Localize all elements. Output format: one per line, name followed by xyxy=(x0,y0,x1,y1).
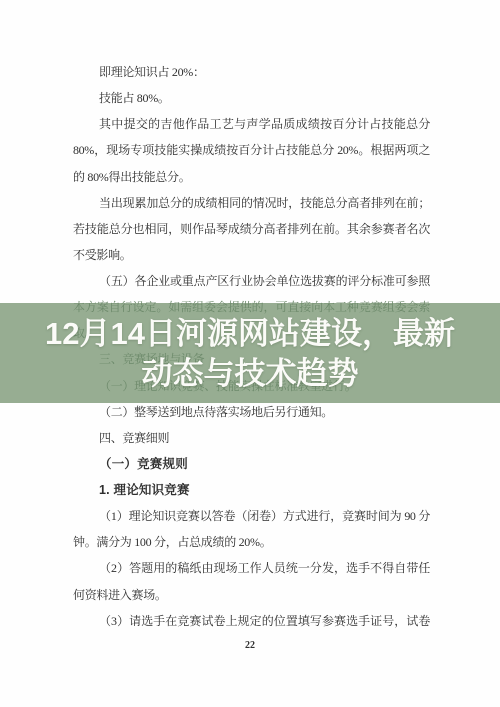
text-line: 80%，现场专项技能实操成绩按百分计占技能总分 20%。根据两项之和 xyxy=(73,137,430,163)
text-line: 技能占 80%。 xyxy=(73,85,430,111)
banner-title-line1: 12月14日河源网站建设，最新 xyxy=(0,314,500,354)
text-line: 当出现累加总分的成绩相同的情况时，技能总分高者排列在前； xyxy=(73,190,430,216)
text-line: （一）竞赛规则 xyxy=(73,451,430,477)
document-page: 即理论知识占 20%：技能占 80%。其中提交的吉他作品工艺与声学品质成绩按百分… xyxy=(0,0,500,707)
text-line: 何资料进入赛场。 xyxy=(73,582,430,608)
text-line: 若技能总分也相同，则作品琴成绩分高者排列在前。其余参赛者名次 xyxy=(73,216,430,242)
text-line: 四、竞赛细则 xyxy=(73,425,430,451)
text-line: 的 80%得出技能总分。 xyxy=(73,164,430,190)
text-line: 不受影响。 xyxy=(73,242,430,268)
text-line: （五）各企业或重点产区行业协会单位选拔赛的评分标准可参照 xyxy=(73,268,430,294)
text-line: （2）答题用的稿纸由现场工作人员统一分发，选手不得自带任 xyxy=(73,555,430,581)
banner-title: 12月14日河源网站建设，最新 动态与技术趋势 xyxy=(0,314,500,394)
text-line: 其中提交的吉他作品工艺与声学品质成绩按百分计占技能总分 xyxy=(73,111,430,137)
text-line: （1）理论知识竞赛以答卷（闭卷）方式进行，竞赛时间为 90 分 xyxy=(73,503,430,529)
text-line: （3）请选手在竞赛试卷上规定的位置填写参赛选手证号，试卷 xyxy=(73,608,430,634)
text-line: 即理论知识占 20%： xyxy=(73,59,430,85)
text-line: 1. 理论知识竞赛 xyxy=(73,477,430,503)
text-line: （二）整琴送到地点待落实场地后另行通知。 xyxy=(73,399,430,425)
text-line: 钟。满分为 100 分，占总成绩的 20%。 xyxy=(73,529,430,555)
banner-title-line2: 动态与技术趋势 xyxy=(0,354,500,394)
page-number: 22 xyxy=(0,640,500,651)
